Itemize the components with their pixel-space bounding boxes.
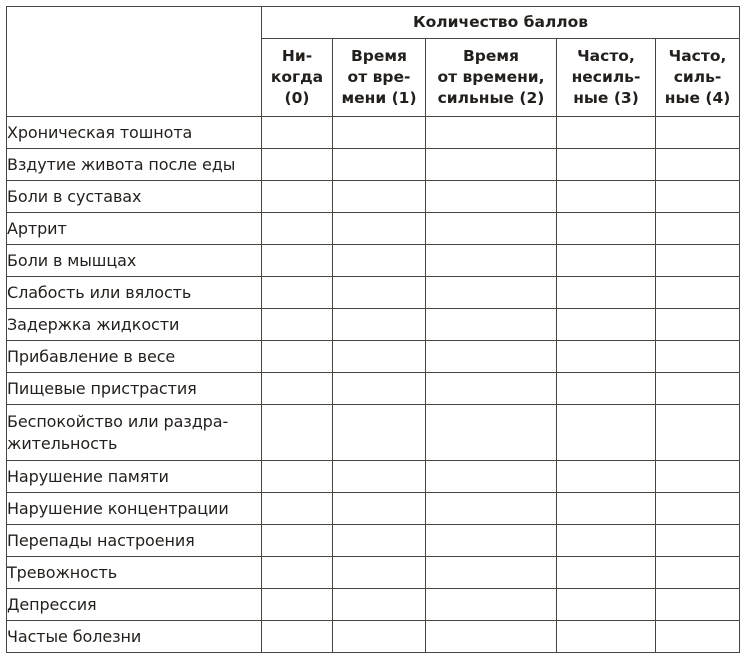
score-cell-3[interactable] bbox=[557, 181, 656, 213]
symptom-label: Нарушение памяти bbox=[7, 461, 262, 493]
score-cell-1[interactable] bbox=[333, 461, 426, 493]
score-cell-3[interactable] bbox=[557, 245, 656, 277]
score-cell-4[interactable] bbox=[656, 245, 740, 277]
score-cell-2[interactable] bbox=[426, 181, 557, 213]
score-cell-4[interactable] bbox=[656, 461, 740, 493]
score-cell-3[interactable] bbox=[557, 405, 656, 461]
score-cell-4[interactable] bbox=[656, 589, 740, 621]
symptom-label: Депрессия bbox=[7, 589, 262, 621]
score-cell-2[interactable] bbox=[426, 557, 557, 589]
symptom-label: Тревожность bbox=[7, 557, 262, 589]
score-cell-3[interactable] bbox=[557, 557, 656, 589]
score-cell-1[interactable] bbox=[333, 525, 426, 557]
score-group-header: Количество баллов bbox=[262, 7, 740, 39]
score-cell-3[interactable] bbox=[557, 149, 656, 181]
symptom-label: Частые болезни bbox=[7, 621, 262, 653]
table-row: Прибавление в весе bbox=[7, 341, 740, 373]
score-cell-1[interactable] bbox=[333, 149, 426, 181]
table-row: Вздутие живота после еды bbox=[7, 149, 740, 181]
score-cell-0[interactable] bbox=[262, 341, 333, 373]
score-cell-1[interactable] bbox=[333, 493, 426, 525]
header-row-group: Количество баллов bbox=[7, 7, 740, 39]
score-cell-1[interactable] bbox=[333, 341, 426, 373]
score-cell-4[interactable] bbox=[656, 149, 740, 181]
symptom-label: Задержка жидкости bbox=[7, 309, 262, 341]
score-column-header-1: Времяот вре-мени (1) bbox=[333, 39, 426, 117]
score-cell-2[interactable] bbox=[426, 213, 557, 245]
table-row: Беспокойство или раздра-жительность bbox=[7, 405, 740, 461]
symptom-label: Боли в суставах bbox=[7, 181, 262, 213]
score-cell-4[interactable] bbox=[656, 341, 740, 373]
score-cell-4[interactable] bbox=[656, 493, 740, 525]
score-cell-0[interactable] bbox=[262, 213, 333, 245]
score-cell-0[interactable] bbox=[262, 373, 333, 405]
score-cell-3[interactable] bbox=[557, 493, 656, 525]
score-cell-0[interactable] bbox=[262, 277, 333, 309]
table-row: Боли в мышцах bbox=[7, 245, 740, 277]
symptom-score-table: Количество баллов Ни-когда(0)Времяот вре… bbox=[6, 6, 740, 653]
score-cell-1[interactable] bbox=[333, 309, 426, 341]
score-cell-2[interactable] bbox=[426, 621, 557, 653]
score-cell-0[interactable] bbox=[262, 557, 333, 589]
score-cell-1[interactable] bbox=[333, 277, 426, 309]
score-cell-2[interactable] bbox=[426, 309, 557, 341]
score-cell-1[interactable] bbox=[333, 589, 426, 621]
score-cell-4[interactable] bbox=[656, 373, 740, 405]
score-cell-3[interactable] bbox=[557, 373, 656, 405]
score-cell-4[interactable] bbox=[656, 525, 740, 557]
score-cell-3[interactable] bbox=[557, 525, 656, 557]
symptom-column-header bbox=[7, 7, 262, 117]
symptom-label: Хроническая тошнота bbox=[7, 117, 262, 149]
score-cell-2[interactable] bbox=[426, 245, 557, 277]
table-row: Частые болезни bbox=[7, 621, 740, 653]
score-cell-0[interactable] bbox=[262, 245, 333, 277]
score-cell-2[interactable] bbox=[426, 589, 557, 621]
score-cell-3[interactable] bbox=[557, 589, 656, 621]
score-cell-0[interactable] bbox=[262, 525, 333, 557]
table-row: Перепады настроения bbox=[7, 525, 740, 557]
score-cell-2[interactable] bbox=[426, 149, 557, 181]
score-cell-3[interactable] bbox=[557, 461, 656, 493]
score-cell-4[interactable] bbox=[656, 181, 740, 213]
score-cell-2[interactable] bbox=[426, 525, 557, 557]
table-row: Артрит bbox=[7, 213, 740, 245]
score-cell-3[interactable] bbox=[557, 117, 656, 149]
symptom-label: Артрит bbox=[7, 213, 262, 245]
score-cell-1[interactable] bbox=[333, 245, 426, 277]
table-row: Хроническая тошнота bbox=[7, 117, 740, 149]
symptom-label: Вздутие живота после еды bbox=[7, 149, 262, 181]
score-cell-3[interactable] bbox=[557, 341, 656, 373]
score-cell-2[interactable] bbox=[426, 341, 557, 373]
score-cell-0[interactable] bbox=[262, 621, 333, 653]
score-cell-1[interactable] bbox=[333, 557, 426, 589]
score-cell-2[interactable] bbox=[426, 493, 557, 525]
table-row: Слабость или вялость bbox=[7, 277, 740, 309]
score-cell-1[interactable] bbox=[333, 621, 426, 653]
score-column-header-4: Часто,силь-ные (4) bbox=[656, 39, 740, 117]
score-cell-0[interactable] bbox=[262, 405, 333, 461]
score-column-header-3: Часто,несиль-ные (3) bbox=[557, 39, 656, 117]
score-cell-4[interactable] bbox=[656, 405, 740, 461]
score-cell-1[interactable] bbox=[333, 181, 426, 213]
score-cell-1[interactable] bbox=[333, 213, 426, 245]
score-cell-0[interactable] bbox=[262, 117, 333, 149]
symptom-label: Боли в мышцах bbox=[7, 245, 262, 277]
symptom-label: Пищевые пристрастия bbox=[7, 373, 262, 405]
table-row: Боли в суставах bbox=[7, 181, 740, 213]
score-cell-4[interactable] bbox=[656, 309, 740, 341]
symptom-label: Слабость или вялость bbox=[7, 277, 262, 309]
table-row: Нарушение памяти bbox=[7, 461, 740, 493]
table-body: Хроническая тошнотаВздутие живота после … bbox=[7, 117, 740, 653]
table-row: Тревожность bbox=[7, 557, 740, 589]
table-row: Депрессия bbox=[7, 589, 740, 621]
score-cell-0[interactable] bbox=[262, 589, 333, 621]
score-cell-1[interactable] bbox=[333, 405, 426, 461]
score-cell-0[interactable] bbox=[262, 149, 333, 181]
table-row: Задержка жидкости bbox=[7, 309, 740, 341]
score-cell-2[interactable] bbox=[426, 373, 557, 405]
score-cell-4[interactable] bbox=[656, 557, 740, 589]
score-column-header-2: Времяот времени,сильные (2) bbox=[426, 39, 557, 117]
score-cell-3[interactable] bbox=[557, 213, 656, 245]
symptom-label: Прибавление в весе bbox=[7, 341, 262, 373]
table-row: Нарушение концентрации bbox=[7, 493, 740, 525]
score-cell-0[interactable] bbox=[262, 309, 333, 341]
symptom-label: Нарушение концентрации bbox=[7, 493, 262, 525]
score-cell-4[interactable] bbox=[656, 117, 740, 149]
table-row: Пищевые пристрастия bbox=[7, 373, 740, 405]
score-cell-1[interactable] bbox=[333, 373, 426, 405]
score-cell-0[interactable] bbox=[262, 181, 333, 213]
score-cell-4[interactable] bbox=[656, 277, 740, 309]
score-cell-3[interactable] bbox=[557, 277, 656, 309]
symptom-label: Беспокойство или раздра-жительность bbox=[7, 405, 262, 461]
score-cell-4[interactable] bbox=[656, 213, 740, 245]
symptom-label: Перепады настроения bbox=[7, 525, 262, 557]
score-column-header-0: Ни-когда(0) bbox=[262, 39, 333, 117]
score-cell-4[interactable] bbox=[656, 621, 740, 653]
score-cell-2[interactable] bbox=[426, 461, 557, 493]
score-cell-2[interactable] bbox=[426, 405, 557, 461]
score-cell-3[interactable] bbox=[557, 309, 656, 341]
score-cell-2[interactable] bbox=[426, 117, 557, 149]
score-cell-0[interactable] bbox=[262, 493, 333, 525]
score-cell-2[interactable] bbox=[426, 277, 557, 309]
score-cell-0[interactable] bbox=[262, 461, 333, 493]
score-cell-1[interactable] bbox=[333, 117, 426, 149]
score-cell-3[interactable] bbox=[557, 621, 656, 653]
